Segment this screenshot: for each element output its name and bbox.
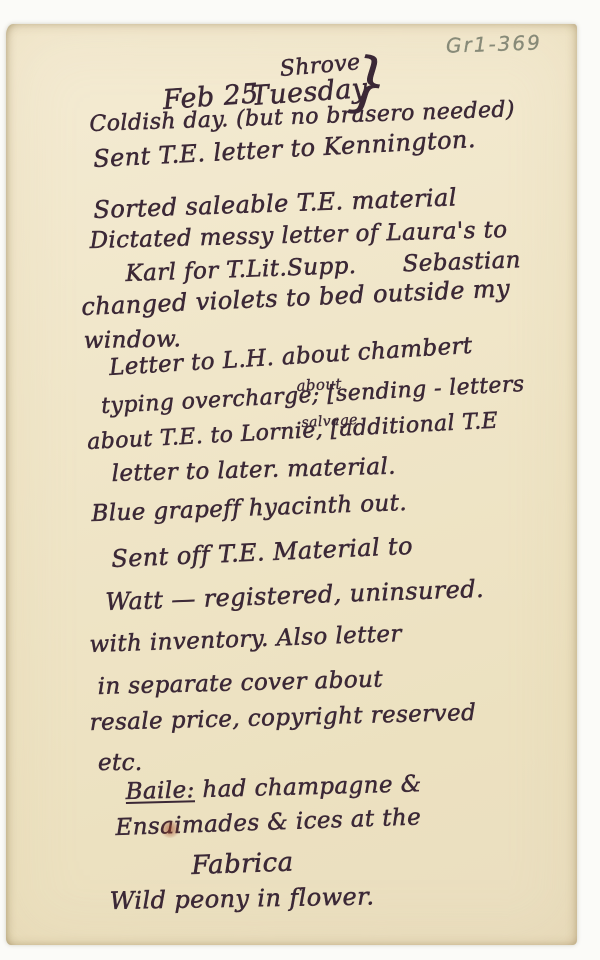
ink-stain [160,820,180,838]
underlined-word: Baile: [125,777,195,805]
manuscript-line: etc. [98,751,143,776]
catalog-number: Gr1-369 [446,30,543,57]
manuscript-line: window. [84,327,182,354]
scanned-diary-page: Gr1-369 Shrove Feb 25 Tuesday } Coldish … [0,0,600,960]
interline-insertion: about [296,376,342,395]
manuscript-line: Wild peony in flower. [110,883,375,914]
baile-line-rest: had champagne & [194,771,421,803]
interline-insertion: salvage [301,413,358,431]
manuscript-line: Fabrica [191,848,294,880]
